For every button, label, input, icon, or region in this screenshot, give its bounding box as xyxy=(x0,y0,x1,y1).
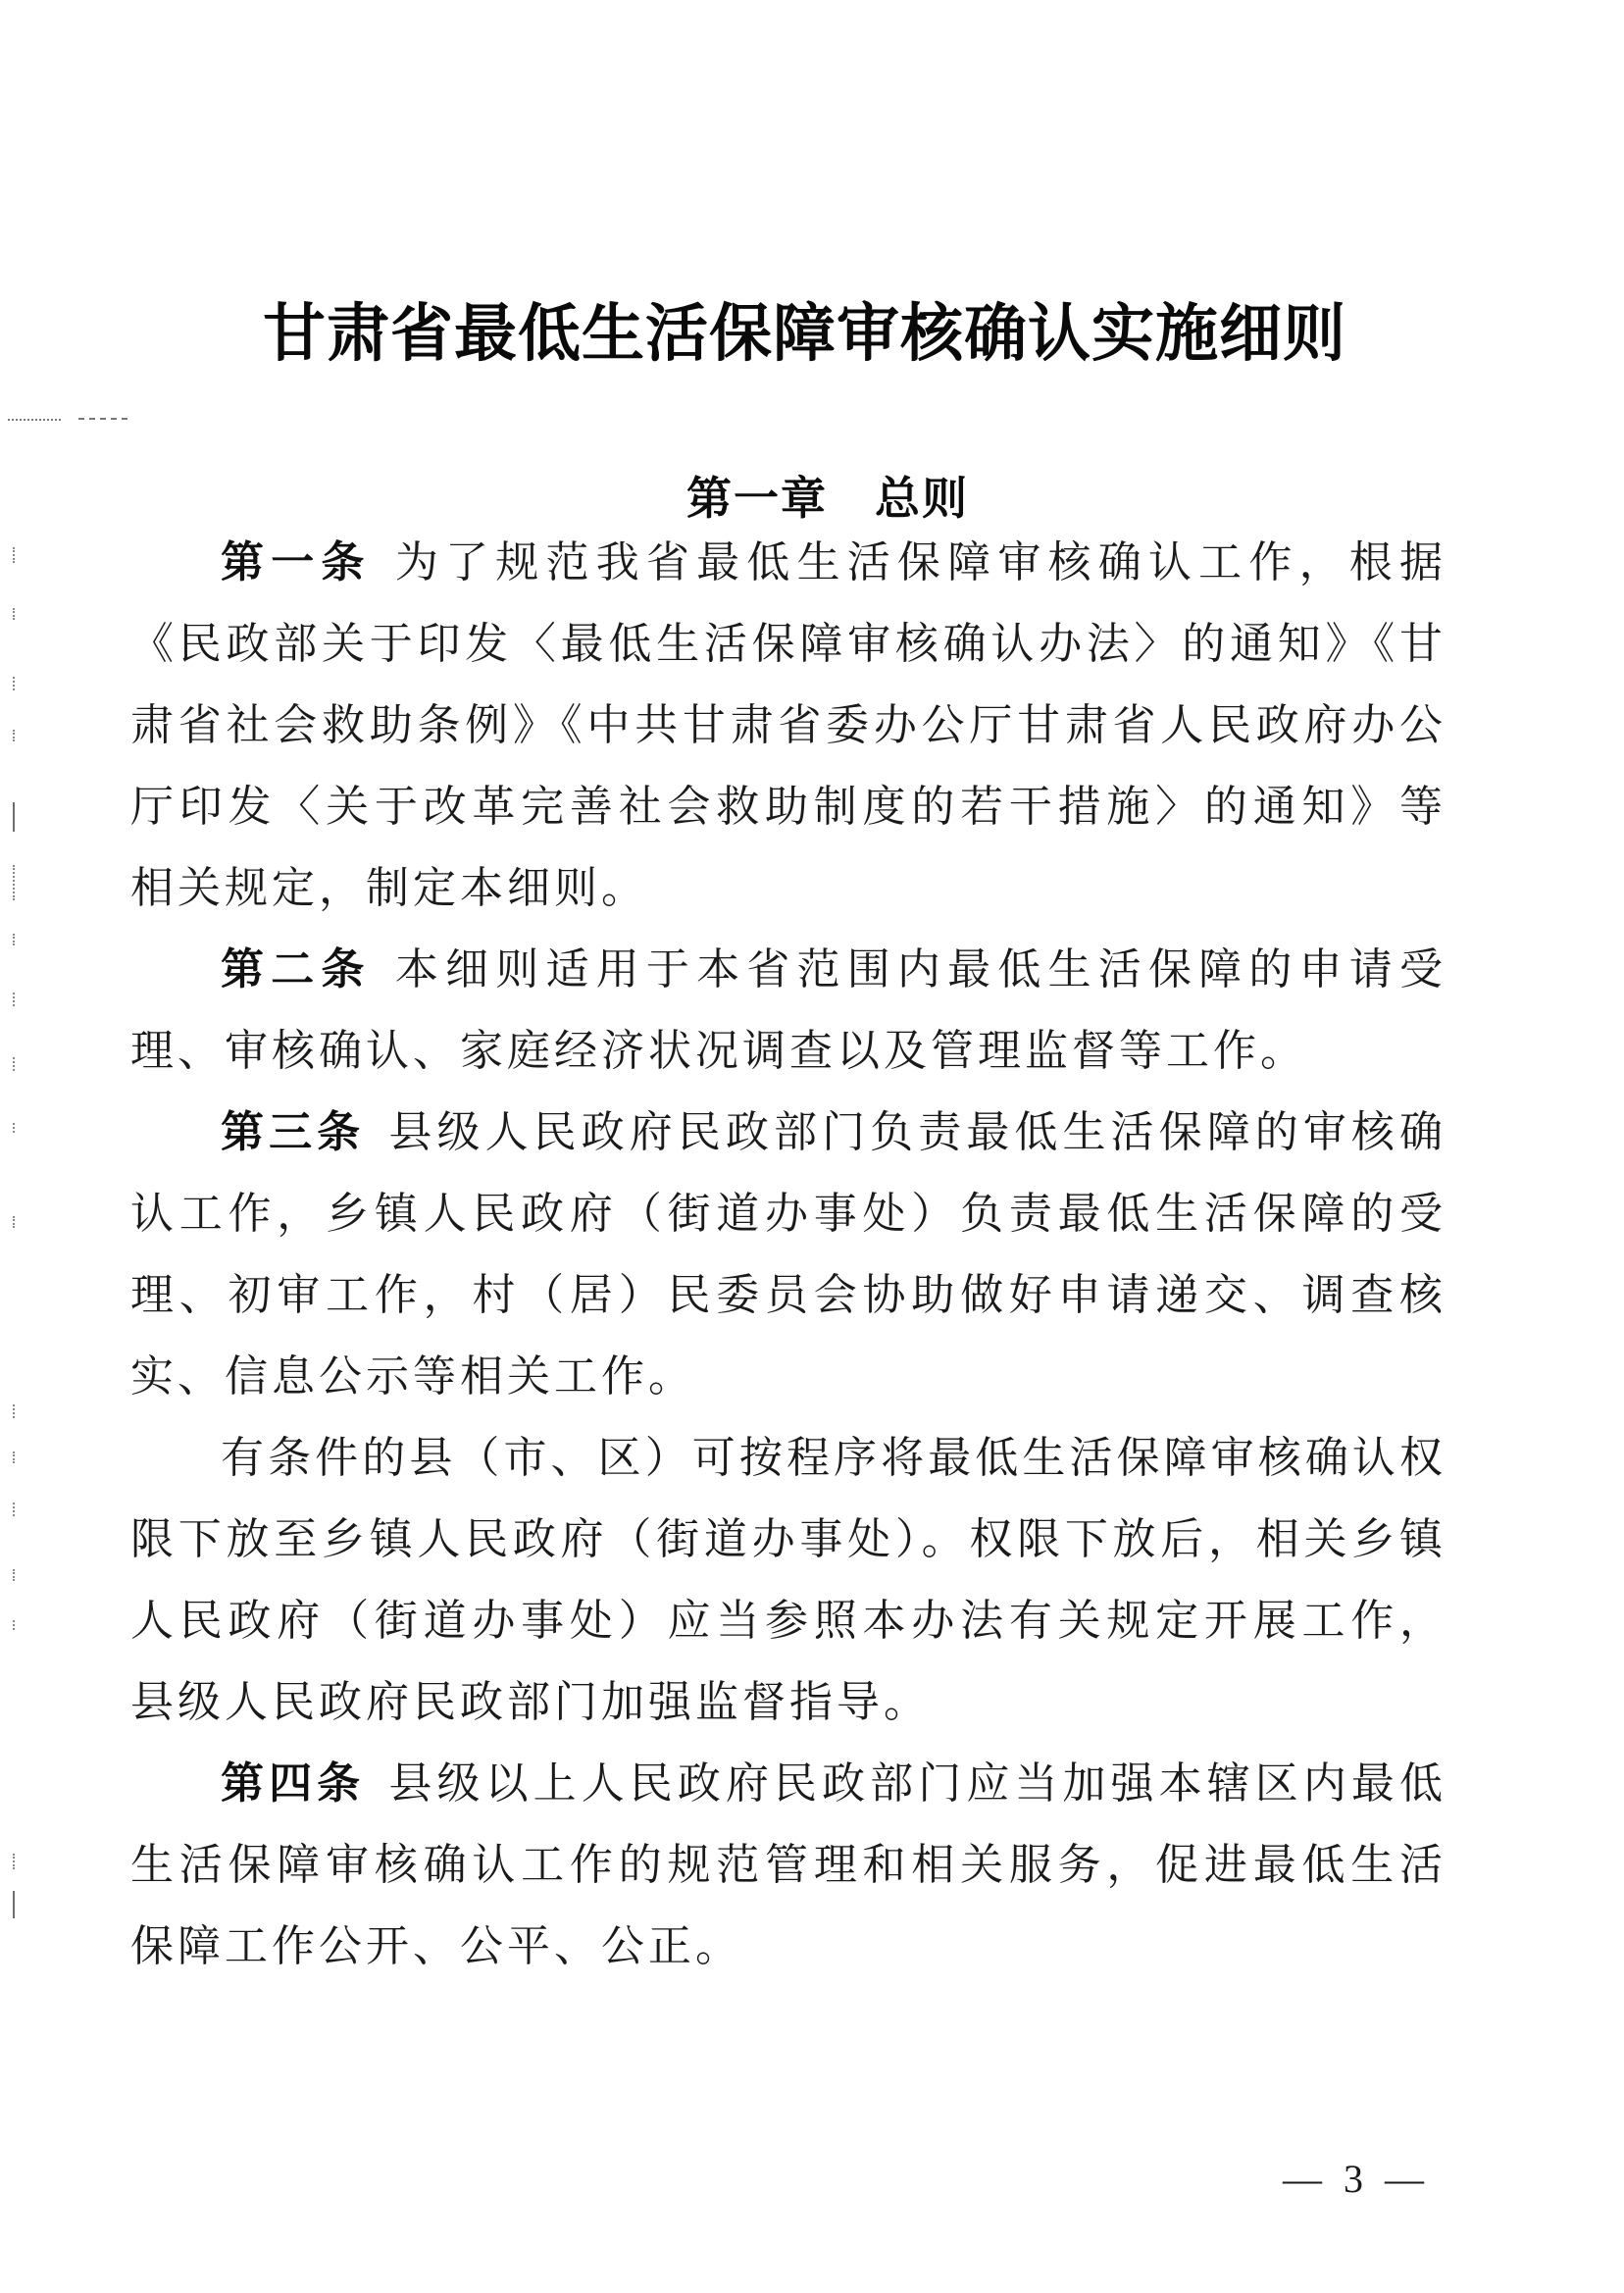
scan-artifact xyxy=(13,608,15,620)
scan-artifact xyxy=(13,865,15,900)
document-title: 甘肃省最低生活保障审核确认实施细则 xyxy=(263,283,1283,374)
article-number-label: 第三条 xyxy=(221,1108,365,1156)
scan-artifact xyxy=(13,1854,15,1869)
article-number-label: 第四条 xyxy=(221,1759,365,1808)
scan-artifact xyxy=(13,677,15,690)
chapter-heading: 第一章 总则 xyxy=(686,463,969,528)
scan-artifact xyxy=(78,418,127,420)
article-paragraph: 第四条县级以上人民政府民政部门应当加强本辖区内最低生活保障审核确认工作的规范管理… xyxy=(130,1743,1446,1987)
scan-artifact xyxy=(13,1503,15,1516)
scan-artifact xyxy=(13,802,15,832)
scan-artifact xyxy=(13,934,15,945)
article-number-label: 第二条 xyxy=(221,945,372,994)
article-text: 有条件的县（市、区）可按程序将最低生活保障审核确认权限下放至乡镇人民政府（街道办… xyxy=(130,1434,1446,1726)
scan-artifact xyxy=(13,547,15,563)
scan-artifact xyxy=(13,1891,15,1918)
scan-artifact xyxy=(8,419,61,421)
scan-artifact xyxy=(13,1216,15,1228)
scan-artifact xyxy=(13,1057,15,1071)
scan-artifact xyxy=(13,1452,15,1463)
article-paragraph: 第三条县级人民政府民政部门负责最低生活保障的审核确认工作，乡镇人民政府（街道办事… xyxy=(130,1092,1446,1417)
scan-artifact xyxy=(13,1620,15,1630)
document-body: 第一条为了规范我省最低生活保障审核确认工作，根据《民政部关于印发〈最低生活保障审… xyxy=(130,522,1446,1987)
article-paragraph: 有条件的县（市、区）可按程序将最低生活保障审核确认权限下放至乡镇人民政府（街道办… xyxy=(130,1417,1446,1743)
article-number-label: 第一条 xyxy=(221,538,372,586)
scan-artifact xyxy=(13,730,15,741)
scan-artifact xyxy=(13,1404,15,1418)
article-paragraph: 第二条本细则适用于本省范围内最低生活保障的申请受理、审核确认、家庭经济状况调查以… xyxy=(130,929,1446,1092)
article-paragraph: 第一条为了规范我省最低生活保障审核确认工作，根据《民政部关于印发〈最低生活保障审… xyxy=(130,522,1446,929)
scan-artifact xyxy=(13,1569,15,1581)
scan-artifact xyxy=(13,993,15,1006)
article-text: 为了规范我省最低生活保障审核确认工作，根据《民政部关于印发〈最低生活保障审核确认… xyxy=(130,538,1446,912)
scan-artifact xyxy=(13,1123,15,1133)
scanned-document-page: 甘肃省最低生活保障审核确认实施细则 第一章 总则 第一条为了规范我省最低生活保障… xyxy=(0,0,1624,2293)
page-number: — 3 — xyxy=(1283,2156,1430,2202)
